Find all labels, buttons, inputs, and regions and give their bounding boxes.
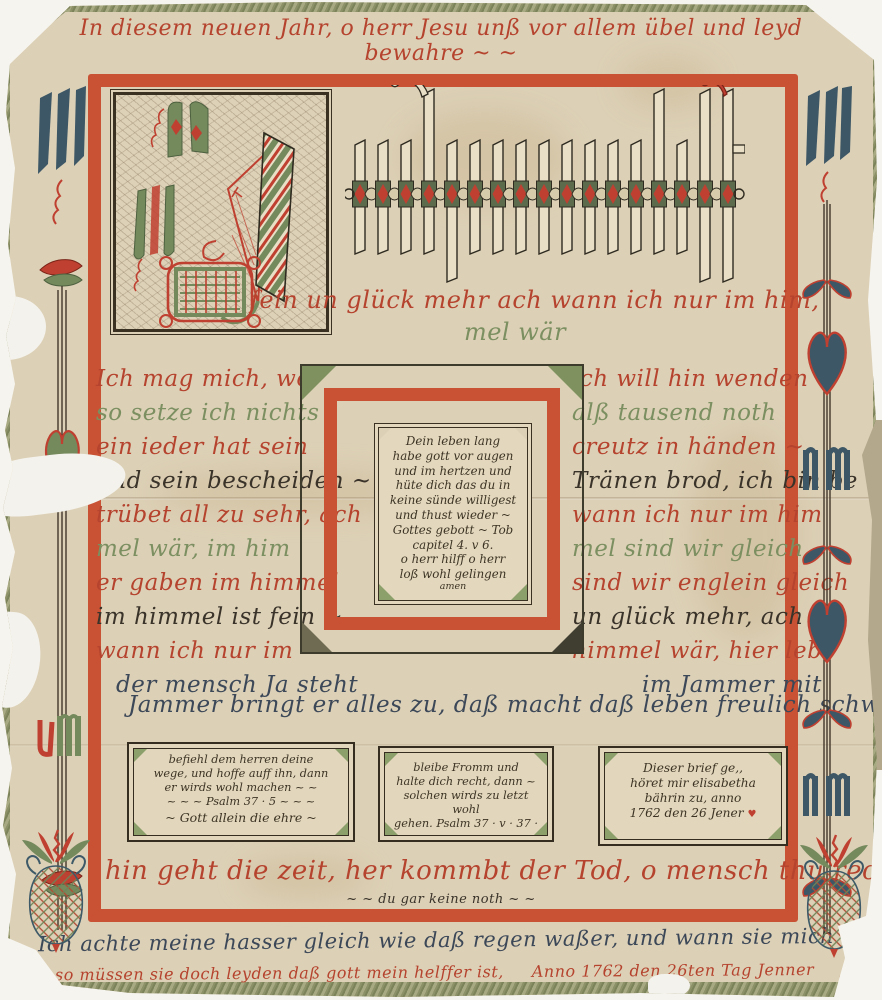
text-line: creutz in händen ~ xyxy=(572,430,822,464)
leaf-motif xyxy=(44,274,82,286)
center-verse: Dein leben lang habe gott vor augen und … xyxy=(383,434,523,594)
header-line: In diesem neuen Jahr, o herr Jesu unß vo… xyxy=(60,16,822,66)
text-line: Tränen brod, ich bin be xyxy=(572,464,822,498)
verse-box-inner: Dieser brief ge,, höret mir elisabetha b… xyxy=(604,752,782,840)
text-line: ich will hin wenden xyxy=(572,362,822,396)
chain-motif xyxy=(53,180,62,224)
pineapple-icon-left xyxy=(14,828,98,954)
letter-w-motif xyxy=(38,86,86,174)
heart-icon xyxy=(809,601,846,662)
verse-line: halte dich recht, dann ~ xyxy=(391,775,541,789)
chain-motif xyxy=(821,172,828,202)
bottom-small-line: ~ ~ du gar keine noth ~ ~ xyxy=(0,892,882,907)
title-calligraphy xyxy=(345,85,745,285)
verse-line: er wirds wohl machen ~ ~ xyxy=(140,781,342,795)
verse-line: höret mir elisabetha xyxy=(611,776,775,791)
pineapple-icon-right xyxy=(792,833,876,959)
letter-nm-motif xyxy=(806,450,847,491)
verse-line: ~ ~ ~ Psalm 37 · 5 ~ ~ ~ xyxy=(140,795,342,809)
verse-line: Dieser brief ge,, xyxy=(611,761,775,776)
verse-box-2: bleibe Fromm und halte dich recht, dann … xyxy=(378,746,554,842)
footer-line-2: so müssen sie doch leyden daß gott mein … xyxy=(55,959,882,984)
verse-box-text: bleibe Fromm und halte dich recht, dann … xyxy=(391,757,541,831)
letter-n-motif xyxy=(152,102,208,157)
fraktur-manuscript: In diesem neuen Jahr, o herr Jesu unß vo… xyxy=(0,0,882,1000)
verse-line: capitel 4. v 6. xyxy=(383,538,523,553)
text-line: himmel wär, hier lebt xyxy=(572,634,822,668)
text-line: wann ich nur im him xyxy=(572,498,822,532)
panel-inner-border: Dein leben lang habe gott vor augen und … xyxy=(378,427,528,601)
verse-line: und im hertzen und xyxy=(383,464,523,479)
verse-box-3: Dieser brief ge,, höret mir elisabetha b… xyxy=(598,746,788,846)
text-line: sind wir englein gleich xyxy=(572,566,822,600)
heart-icon: ♥ xyxy=(747,809,756,820)
paper-sheet: In diesem neuen Jahr, o herr Jesu unß vo… xyxy=(0,0,882,1000)
verse-line: loß wohl gelingen xyxy=(383,567,523,582)
verse-box-1: befiehl dem herren deine wege, und hoffe… xyxy=(127,742,355,842)
heart-icon xyxy=(809,333,846,394)
verse-box-inner: befiehl dem herren deine wege, und hoffe… xyxy=(133,748,349,836)
verse-line: o herr hilff o herr xyxy=(383,552,523,567)
footer-line-1: Ich achte meine hasser gleich wie daß re… xyxy=(38,924,854,957)
verse-box-inner: bleibe Fromm und halte dich recht, dann … xyxy=(384,752,548,836)
text-line: mel sind wir gleich xyxy=(572,532,822,566)
text-line: un glück mehr, ach ~ xyxy=(572,600,822,634)
signature: Jacob brubacker xyxy=(842,959,882,979)
center-medallion: Dein leben lang habe gott vor augen und … xyxy=(300,364,584,654)
verse-box-text: Dieser brief ge,, höret mir elisabetha b… xyxy=(611,757,775,835)
verse-line: 1762 den 26 Jener ♥ xyxy=(611,806,775,822)
verse-line: habe gott vor augen xyxy=(383,449,523,464)
verse-line: und thust wieder ~ xyxy=(383,508,523,523)
verse-date: 1762 den 26 Jener xyxy=(630,806,744,820)
right-border-ornament xyxy=(798,84,856,938)
verse-line: hüte dich das du in xyxy=(383,478,523,493)
edge-band-top xyxy=(0,0,882,12)
letter-w-motif xyxy=(806,86,852,166)
border-lines xyxy=(824,200,830,934)
text-line: alß tausend noth xyxy=(572,396,822,430)
verse-box-text: befiehl dem herren deine wege, und hoffe… xyxy=(140,753,342,831)
edge-band-bottom xyxy=(0,982,882,1000)
verse-line: ~ Gott allein die ehre ~ xyxy=(140,811,342,825)
center-verse-panel: Dein leben lang habe gott vor augen und … xyxy=(374,423,532,605)
bottom-red-line: hin geht die zeit, her kommbt der Tod, o… xyxy=(105,856,777,886)
right-column: ich will hin wenden alß tausend noth cre… xyxy=(572,362,822,702)
verse-line: befiehl dem herren deine xyxy=(140,753,342,767)
subtitle-line-2: mel wär xyxy=(400,318,630,346)
knot-motif xyxy=(160,257,260,327)
tear-patch xyxy=(648,974,690,998)
footer-text: so müssen sie doch leyden daß gott mein … xyxy=(55,962,504,984)
verse-line: wege, und hoffe auff ihn, dann xyxy=(140,767,342,781)
verse-line: bleibe Fromm und xyxy=(391,761,541,775)
verse-line: keine sünde willigest xyxy=(383,493,523,508)
verse-line: gehen. Psalm 37 · v · 37 · xyxy=(391,817,541,831)
verse-line: Dein leben lang xyxy=(383,434,523,449)
leaf-motif xyxy=(40,260,82,275)
jammer-line: Jammer bringt er alles zu, daß macht daß… xyxy=(128,692,882,718)
letter-um-motif xyxy=(40,716,78,756)
verse-line: amen xyxy=(383,582,523,592)
verse-line: Gottes gebott ~ Tob xyxy=(383,523,523,538)
verse-line: bährin zu, anno xyxy=(611,791,775,806)
letter-nm-motif xyxy=(806,776,847,817)
subtitle-line-1: fein un glück mehr ach wann ich nur im h… xyxy=(250,286,770,314)
verse-line: solchen wirds zu letzt wohl xyxy=(391,789,541,817)
